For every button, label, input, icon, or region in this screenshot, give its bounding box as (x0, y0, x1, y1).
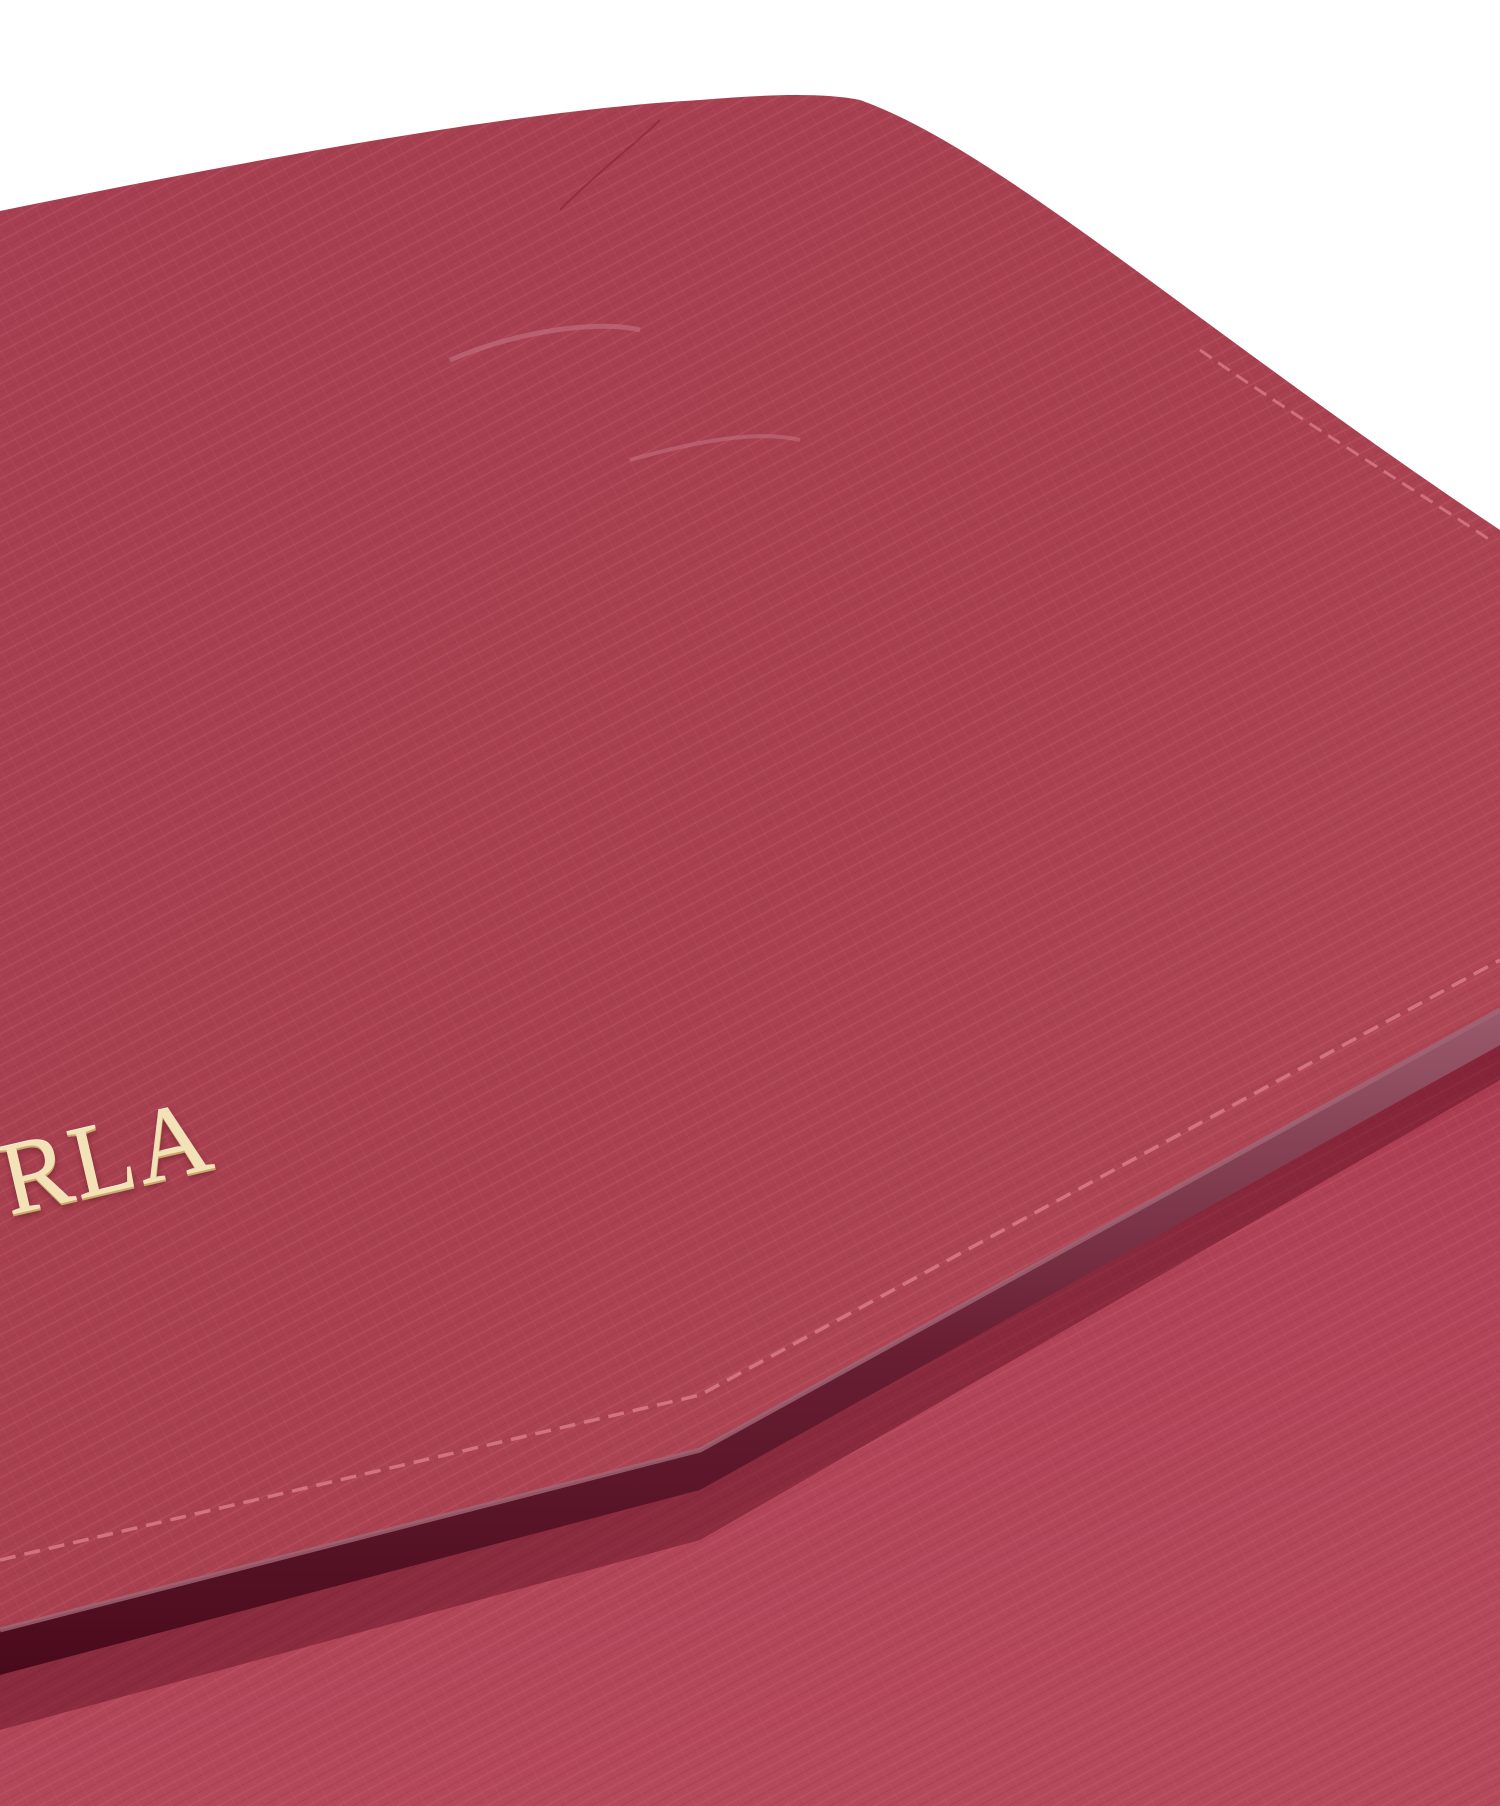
wallet-photo (0, 0, 1500, 1806)
